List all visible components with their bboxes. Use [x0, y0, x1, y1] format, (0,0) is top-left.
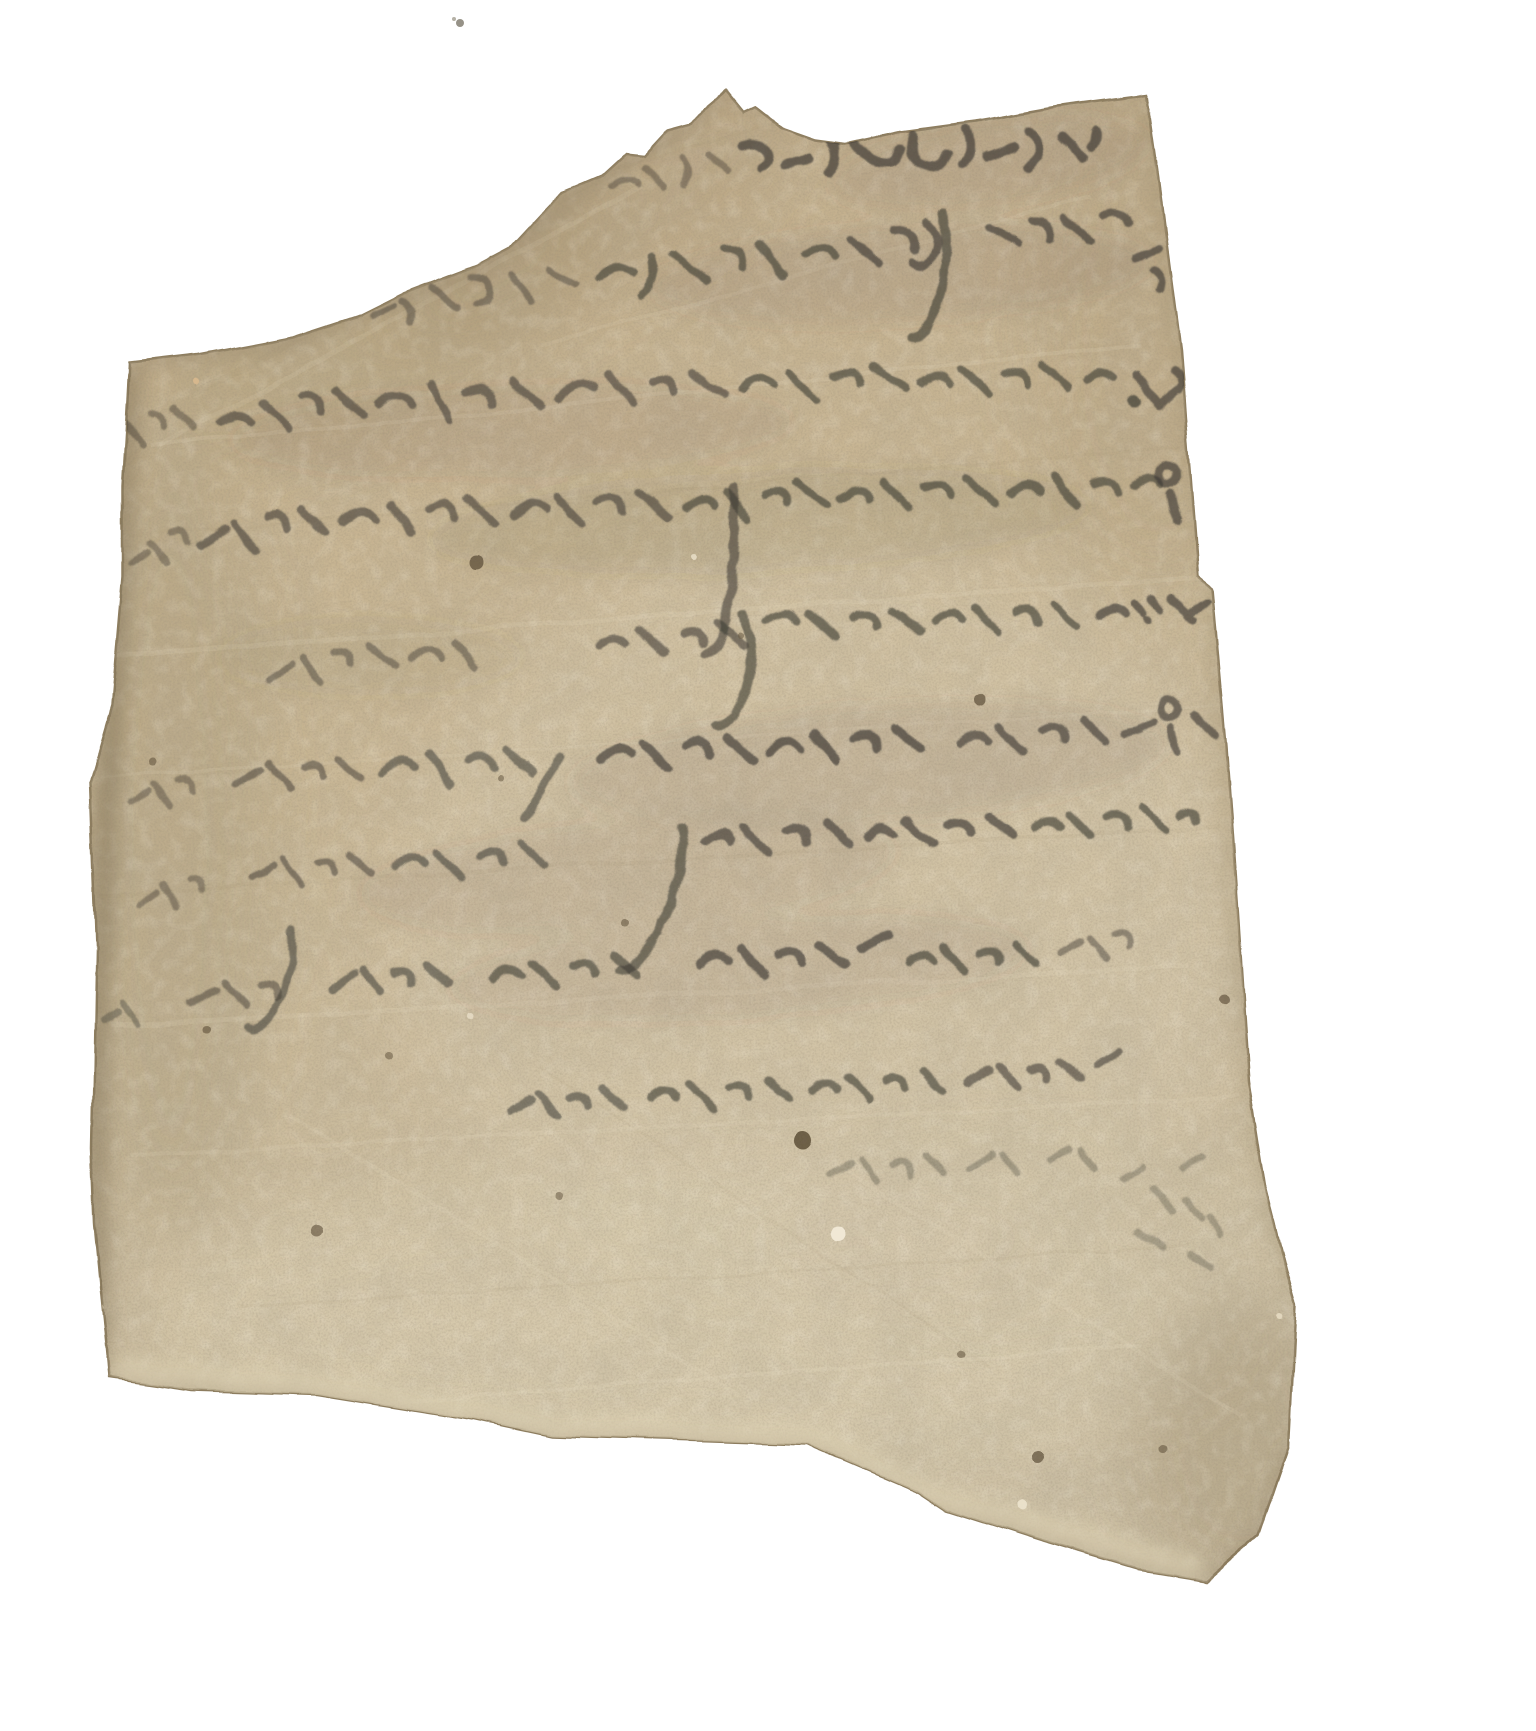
- ostracon-svg: [40, 16, 1536, 1715]
- ostracon-photograph: [40, 16, 1536, 1715]
